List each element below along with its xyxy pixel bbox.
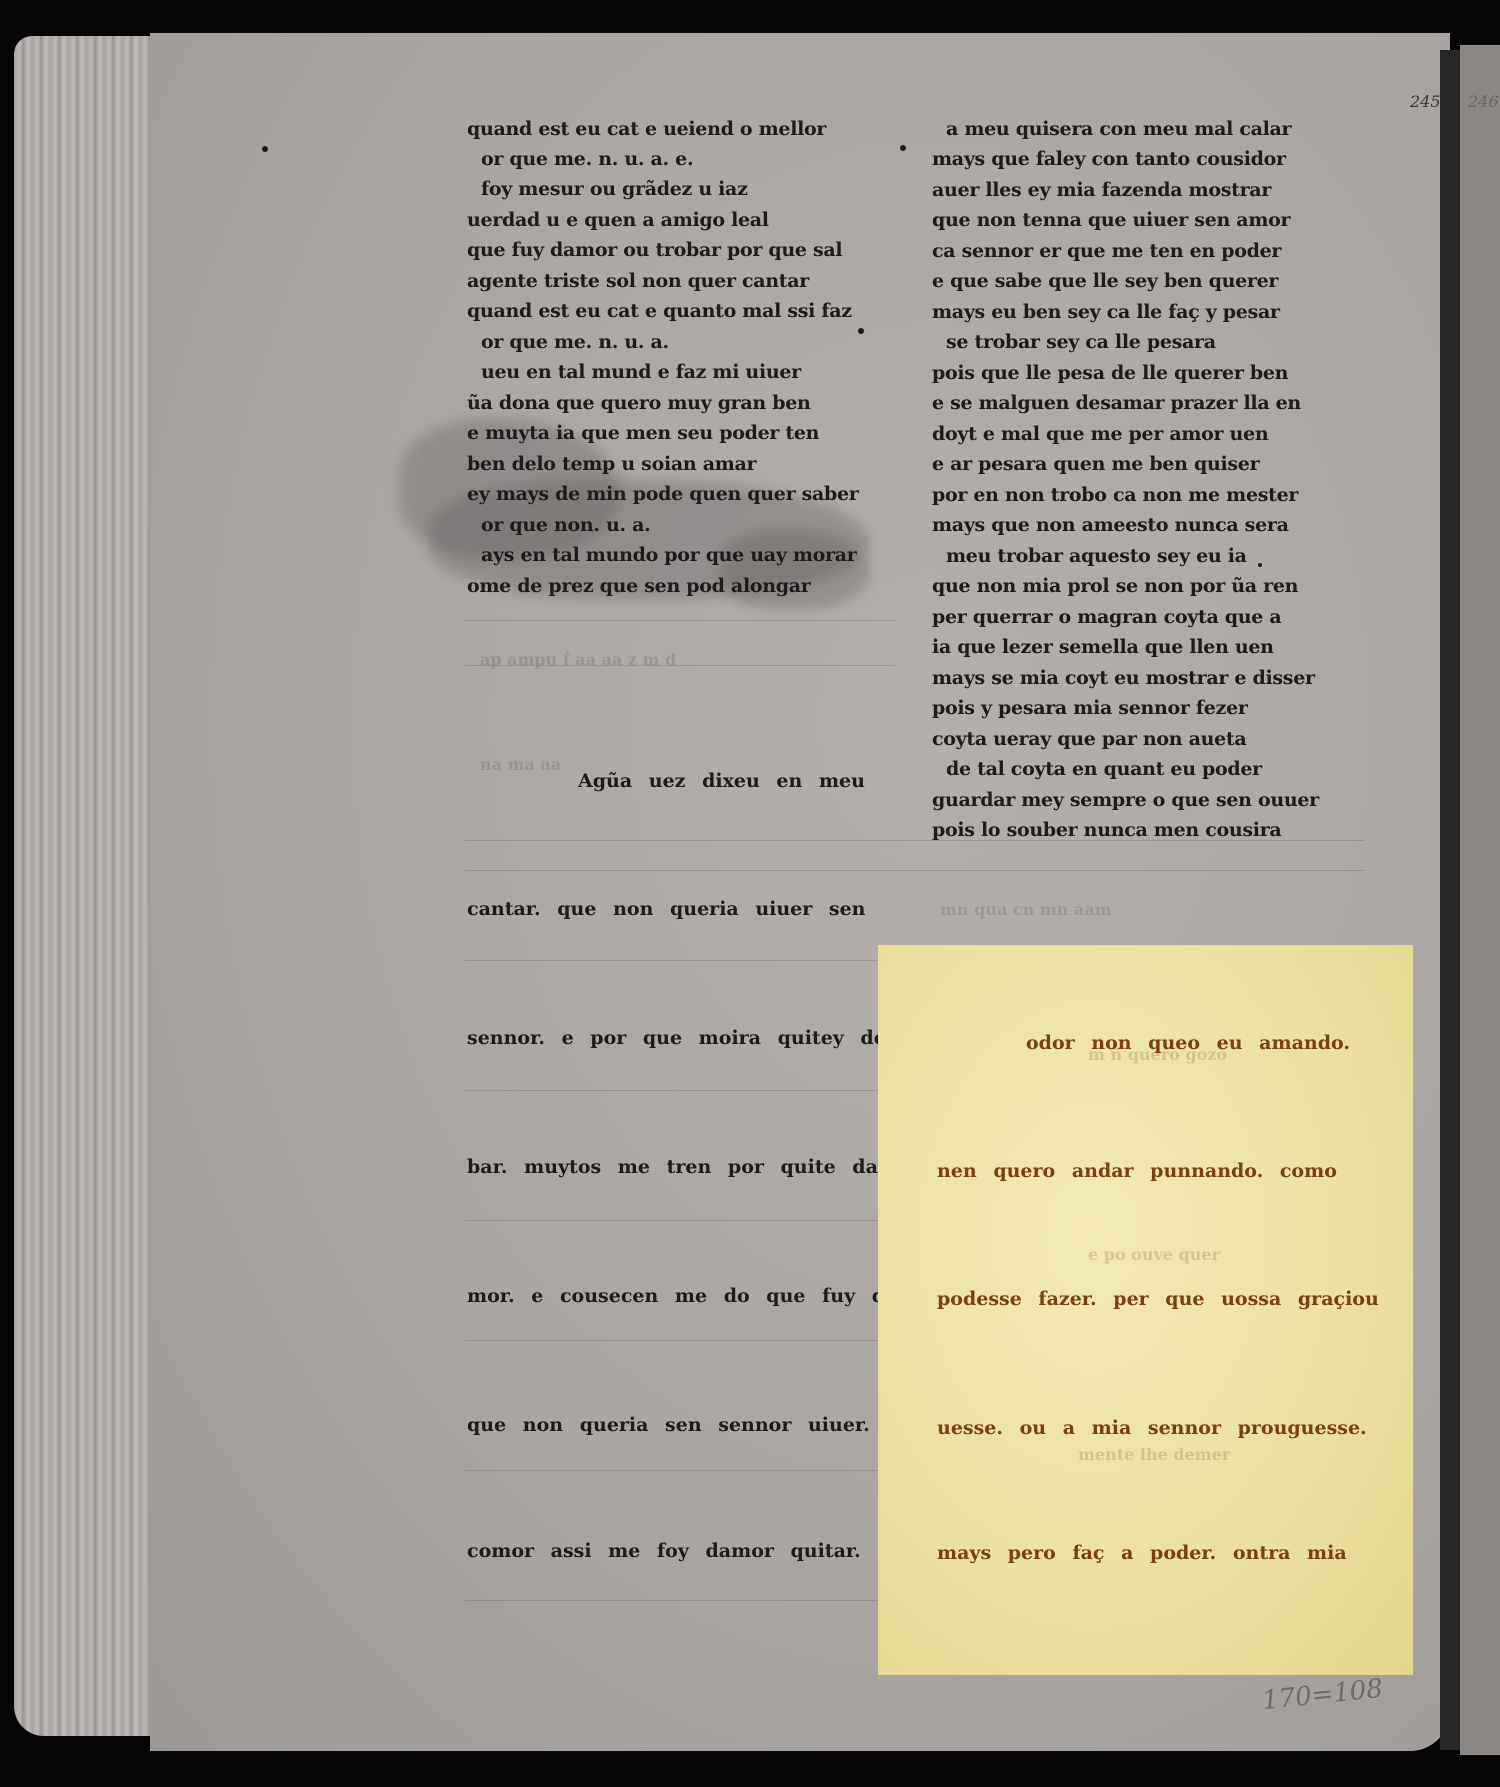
text-line: se trobar sey ca lle pesara (946, 331, 1216, 353)
ruling-line (465, 870, 1365, 871)
text-line: pois que lle pesa de lle querer ben (932, 362, 1288, 384)
text-line: quand est eu cat e ueiend o mellor (467, 118, 826, 140)
text-line: a meu quisera con meu mal calar (946, 118, 1291, 140)
text-line: pois lo souber nunca men cousira (932, 819, 1281, 841)
text-line: or que me. n. u. a. e. (481, 148, 693, 170)
text-line: uerdad u e quen a amigo leal (467, 209, 769, 231)
text-line: que fuy damor ou trobar por que sal (467, 239, 842, 261)
text-line: auer lles ey mia fazenda mostrar (932, 179, 1271, 201)
ink-dot (900, 145, 906, 151)
folio-number-next: 246 (1468, 92, 1499, 111)
text-line: uesse. ou a mia sennor prouguesse. (937, 1417, 1367, 1439)
text-line: or que non. u. a. (481, 514, 651, 536)
text-line: mor. e cousecen me do que fuy dizer. (467, 1285, 930, 1307)
text-line: de tal coyta en quant eu poder (946, 758, 1262, 780)
text-line: e muyta ia que men seu poder ten (467, 422, 819, 444)
text-line: cantar. que non queria uiuer sen (467, 898, 866, 920)
text-line: ey mays de min pode quen quer saber (467, 483, 859, 505)
ink-dot (858, 328, 864, 334)
highlighted-region: m ñ quero gozo e po ouve quer mente lhe … (878, 945, 1413, 1675)
bleed-through-text: e po ouve quer (1088, 1245, 1220, 1264)
bleed-through-text: na ma aa (480, 755, 561, 774)
text-line: e se malguen desamar prazer lla en (932, 392, 1301, 414)
text-line: per querrar o magran coyta que a (932, 606, 1281, 628)
text-line: e que sabe que lle sey ben querer (932, 270, 1278, 292)
text-line: ays en tal mundo por que uay morar (481, 544, 856, 566)
text-line: ũa dona que quero muy gran ben (467, 392, 811, 414)
text-line: bar. muytos me tren por quite da (467, 1156, 878, 1178)
text-line: ben delo temp u soian amar (467, 453, 756, 475)
text-line: que non queria sen sennor uiuer. (467, 1414, 870, 1436)
text-line: nen quero andar punnando. como (937, 1160, 1337, 1182)
text-line: mays se mia coyt eu mostrar e disser (932, 667, 1315, 689)
text-line: odor non queo eu amando. (1026, 1032, 1350, 1054)
text-line: pois y pesara mia sennor fezer (932, 697, 1248, 719)
ruling-line (465, 620, 895, 621)
text-line: podesse fazer. per que uossa graçiou (937, 1288, 1379, 1310)
text-line: meu trobar aquesto sey eu ia (946, 545, 1247, 567)
text-line: ueu en tal mund e faz mi uiuer (481, 361, 801, 383)
ink-dot (262, 146, 268, 152)
next-leaf-edge (1460, 45, 1500, 1755)
text-line: por en non trobo ca non me mester (932, 484, 1298, 506)
text-line: quand est eu cat e quanto mal ssi faz (467, 300, 852, 322)
text-line: doyt e mal que me per amor uen (932, 423, 1268, 445)
text-line: mays que faley con tanto cousidor (932, 148, 1286, 170)
text-line: or que me. n. u. a. (481, 331, 669, 353)
text-line: que non mia prol se non por ũa ren (932, 575, 1298, 597)
page-stack-edge (14, 36, 164, 1736)
text-line: que non tenna que uiuer sen amor (932, 209, 1290, 231)
text-line: Agũa uez dixeu en meu (578, 770, 865, 792)
text-line: guardar mey sempre o que sen ouuer (932, 789, 1319, 811)
bleed-through-text: ap ampu ḟ aa aa z m d (480, 650, 676, 669)
folio-number: 245 (1410, 92, 1441, 111)
text-line: ome de prez que sen pod alongar (467, 575, 810, 597)
text-line: mays que non ameesto nunca sera (932, 514, 1289, 536)
text-line: comor assi me foy damor quitar. (467, 1540, 861, 1562)
text-line: foy mesur ou grãdez u iaz (481, 178, 748, 200)
text-line: mays pero faç a poder. ontra mia (937, 1542, 1347, 1564)
text-line: e ar pesara quen me ben quiser (932, 453, 1259, 475)
water-stain (720, 530, 870, 610)
bleed-through-text: mente lhe demer (1078, 1445, 1230, 1464)
binding-gutter (1440, 50, 1460, 1750)
text-line: coyta ueray que par non aueta (932, 728, 1246, 750)
bleed-through-text: mn qua cn mn aam (940, 900, 1112, 919)
text-line: ia que lezer semella que llen uen (932, 636, 1274, 658)
text-line: agente triste sol non quer cantar (467, 270, 809, 292)
text-line: sennor. e por que moira quitey de tro (467, 1027, 934, 1049)
text-line: mays eu ben sey ca lle faç y pesar (932, 301, 1280, 323)
ink-dot (1258, 563, 1262, 567)
text-line: ca sennor er que me ten en poder (932, 240, 1281, 262)
